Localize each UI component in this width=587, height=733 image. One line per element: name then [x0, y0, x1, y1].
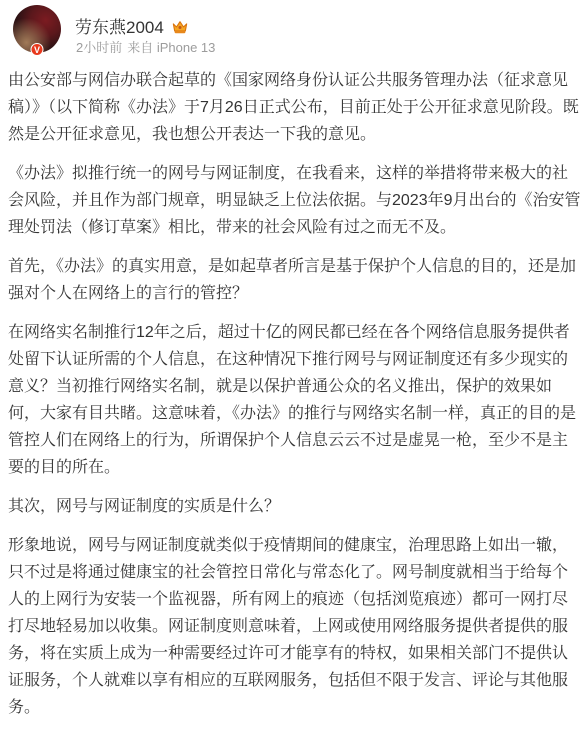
avatar[interactable]: V	[13, 5, 61, 53]
post-timestamp[interactable]: 2小时前	[76, 37, 122, 56]
author-row: 劳东燕2004	[75, 13, 189, 38]
post-paragraph: 在网络实名制推行12年之后，超过十亿的网民都已经在各个网络信息服务提供者处留下认…	[8, 319, 582, 481]
vip-crown-icon	[171, 19, 189, 35]
post-paragraph: 《办法》拟推行统一的网号与网证制度，在我看来，这样的举措将带来极大的社会风险，并…	[8, 160, 582, 241]
post-paragraph: 形象地说，网号与网证制度就类似于疫情期间的健康宝，治理思路上如出一辙，只不过是将…	[8, 532, 582, 721]
post-body: 由公安部与网信办联合起草的《国家网络身份认证公共服务管理办法（征求意见稿）》（以…	[0, 60, 587, 721]
post-header: V 劳东燕2004 2小时前 来自 iPhone 13	[0, 0, 587, 60]
post-meta: 2小时前 来自 iPhone 13	[76, 37, 215, 56]
verified-v-icon: V	[31, 43, 44, 56]
post-paragraph: 由公安部与网信办联合起草的《国家网络身份认证公共服务管理办法（征求意见稿）》（以…	[8, 67, 582, 148]
username-link[interactable]: 劳东燕2004	[75, 13, 164, 38]
post-paragraph: 首先，《办法》的真实用意，是如起草者所言是基于保护个人信息的目的，还是加强对个人…	[8, 253, 582, 307]
post-source[interactable]: 来自 iPhone 13	[127, 37, 215, 56]
weibo-post: V 劳东燕2004 2小时前 来自 iPhone 13 由公安部与网信办联合起草…	[0, 0, 587, 721]
post-paragraph: 其次，网号与网证制度的实质是什么？	[8, 493, 582, 520]
